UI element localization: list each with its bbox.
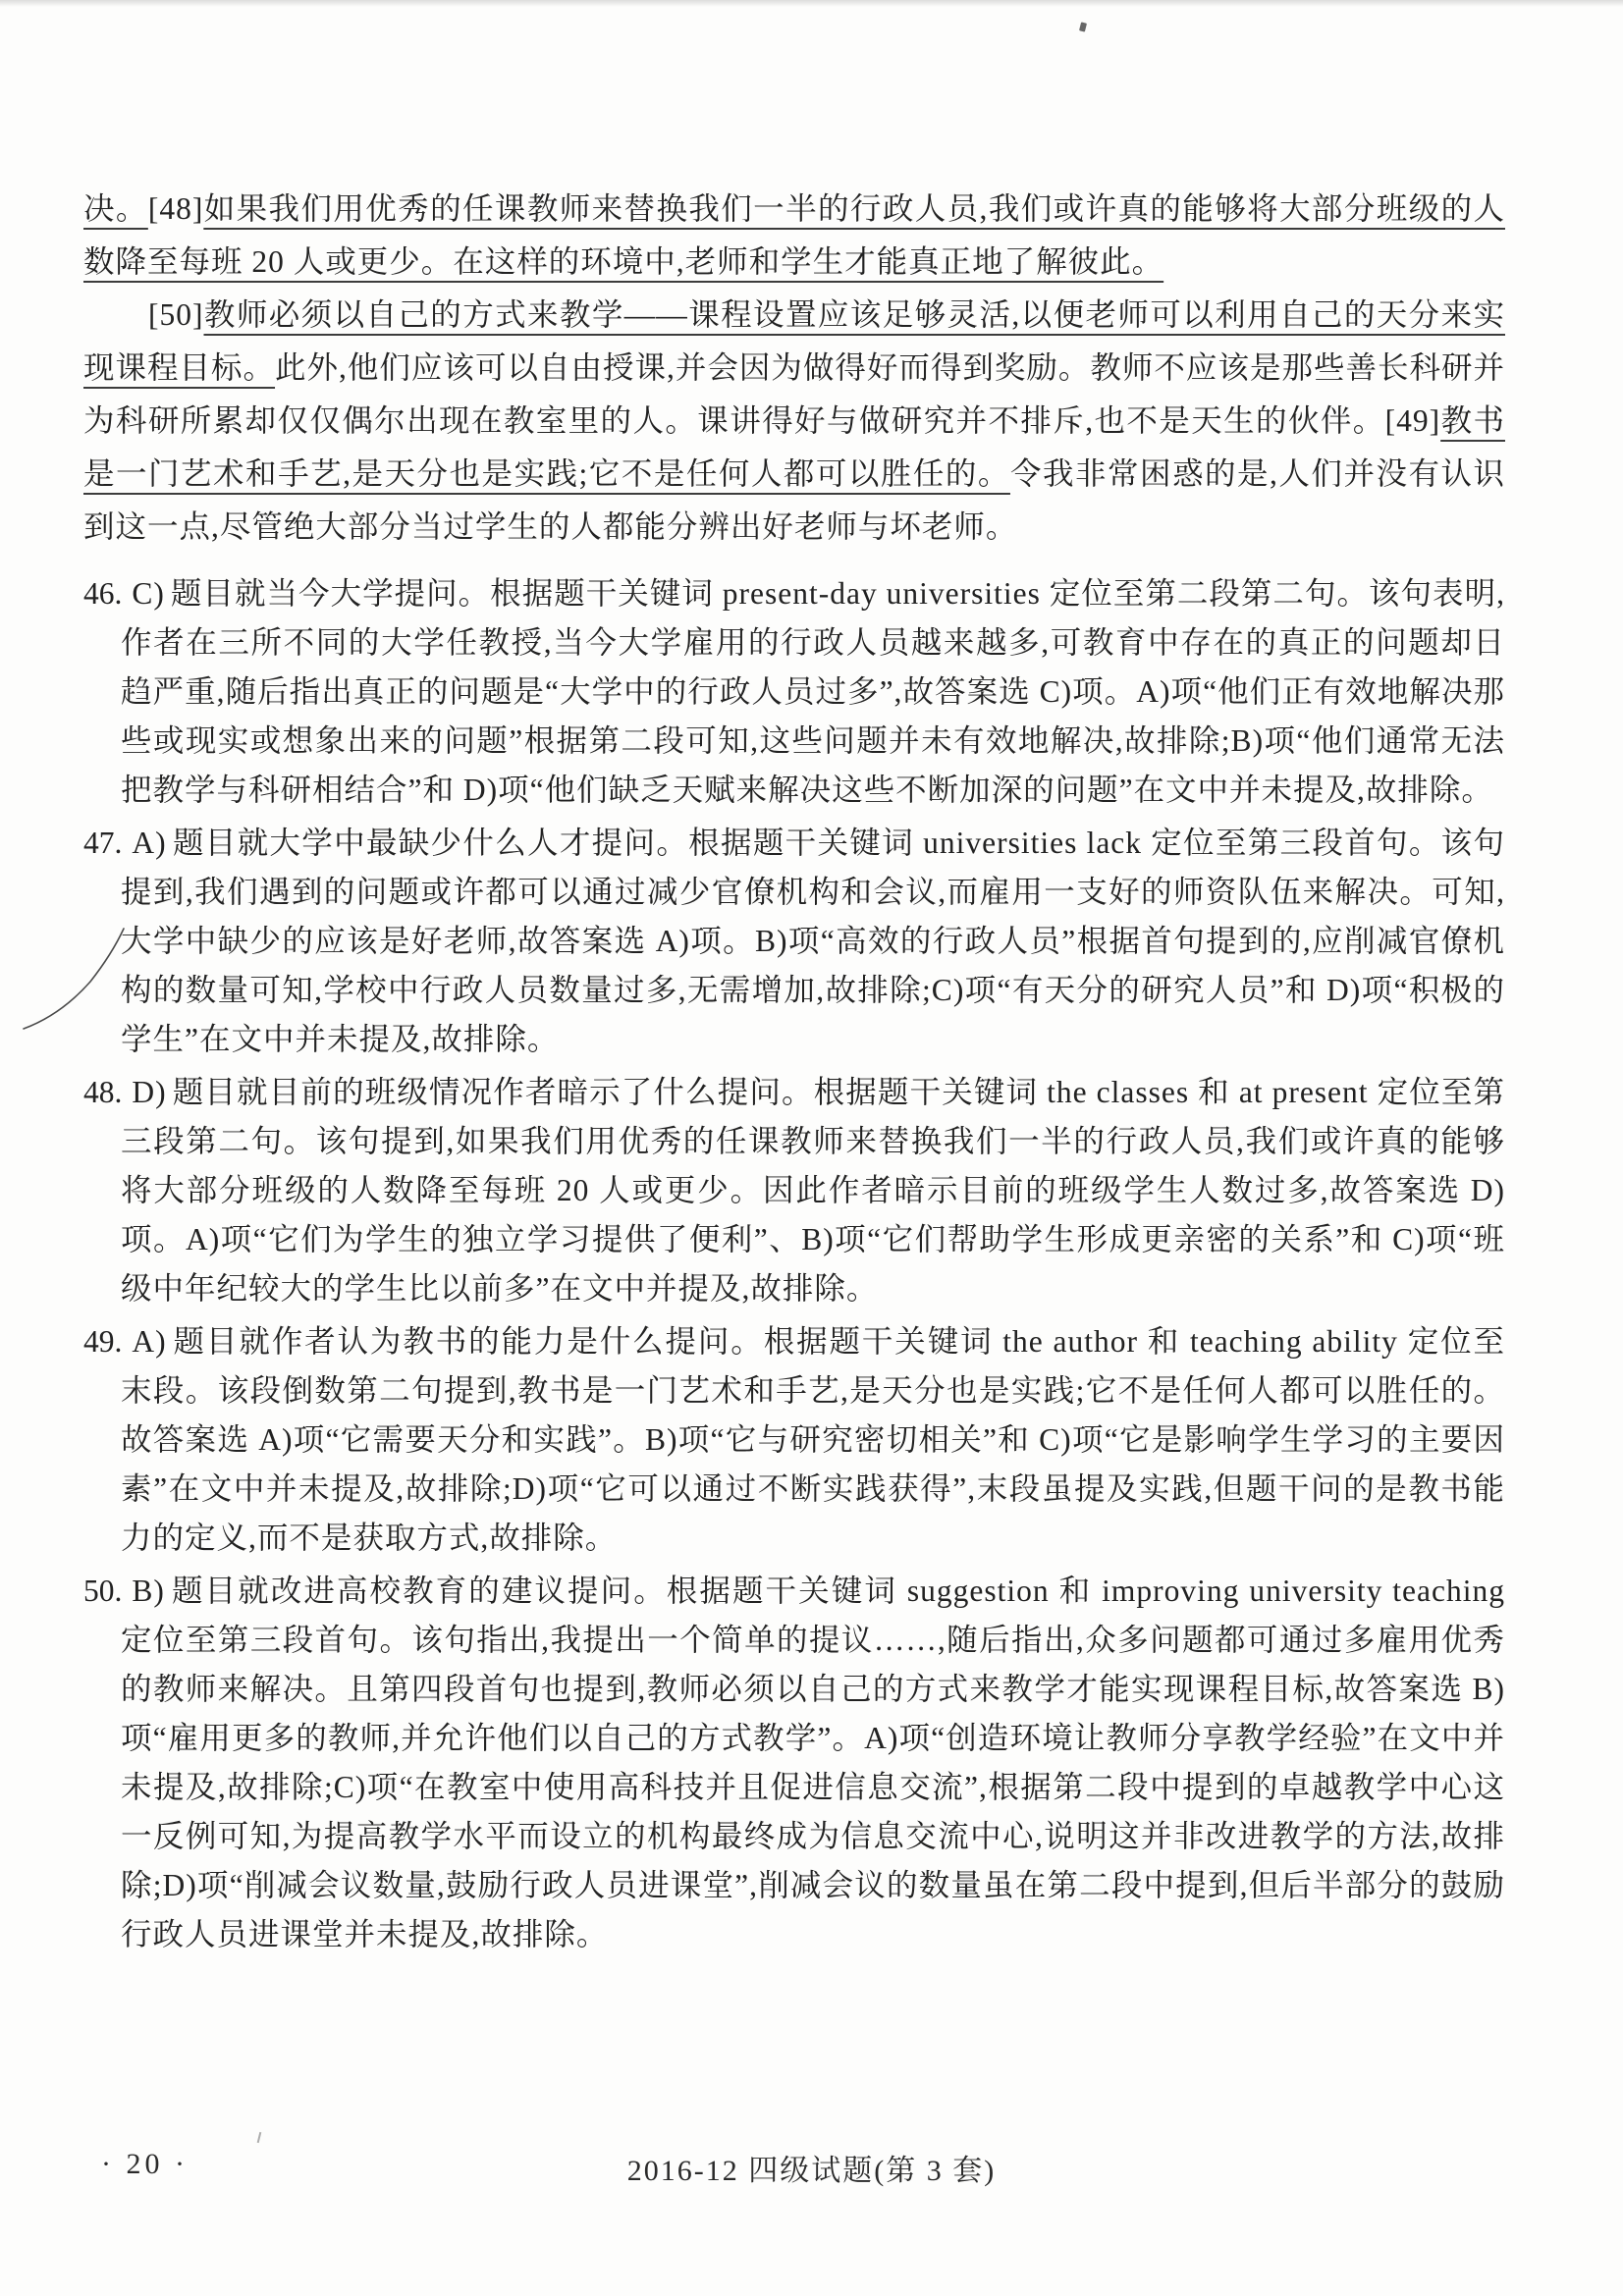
page-footer: · 20 · 2016-12 四级试题(第 3 套) bbox=[0, 2146, 1623, 2195]
scanned-exam-page: 决。[48]如果我们用优秀的任课教师来替换我们一半的行政人员,我们或许真的能够将… bbox=[0, 0, 1623, 2296]
item-answer-letter: D) bbox=[132, 1075, 166, 1109]
item-explanation: 题目就当今大学提问。根据题干关键词 present-day universiti… bbox=[121, 576, 1505, 807]
answer-explanations-list: 46.C)题目就当今大学提问。根据题干关键词 present-day unive… bbox=[83, 569, 1505, 1959]
scan-edge-artifact bbox=[0, 0, 1623, 7]
answer-item-50: 50.B)题目就改进高校教育的建议提问。根据题干关键词 suggestion 和… bbox=[83, 1567, 1505, 1959]
passage-paragraph-2: [50]教师必须以自己的方式来教学——课程设置应该足够灵活,以便老师可以利用自己… bbox=[83, 289, 1505, 554]
item-answer-letter: B) bbox=[132, 1574, 165, 1608]
underlined-sentence-48: 如果我们用优秀的任课教师来替换我们一半的行政人员,我们或许真的能够将大部分班级的… bbox=[83, 191, 1505, 279]
scan-tick-artifact bbox=[257, 2132, 262, 2143]
footer-title: 2016-12 四级试题(第 3 套) bbox=[0, 2146, 1623, 2189]
item-answer-letter: A) bbox=[132, 1324, 166, 1359]
item-number: 50. bbox=[83, 1574, 122, 1608]
item-number: 49. bbox=[83, 1324, 122, 1359]
scan-speck-artifact bbox=[1079, 22, 1087, 31]
item-answer-letter: C) bbox=[132, 576, 165, 611]
passage-segment: 此外,他们应该可以自由授课,并会因为做得好而得到奖励。教师不应该是那些善长科研并… bbox=[83, 350, 1505, 438]
item-number: 48. bbox=[83, 1075, 122, 1109]
item-explanation: 题目就大学中最缺少什么人才提问。根据题干关键词 universities lac… bbox=[121, 826, 1505, 1056]
marker-48: [48] bbox=[148, 191, 203, 226]
underlined-sentence-end: 决。 bbox=[83, 191, 148, 226]
item-explanation: 题目就作者认为教书的能力是什么提问。根据题干关键词 the author 和 t… bbox=[121, 1324, 1505, 1555]
marker-50: [50] bbox=[148, 297, 203, 332]
item-answer-letter: A) bbox=[132, 826, 166, 860]
answer-item-47: 47.A)题目就大学中最缺少什么人才提问。根据题干关键词 universitie… bbox=[83, 819, 1505, 1064]
answer-item-48: 48.D)题目就目前的班级情况作者暗示了什么提问。根据题干关键词 the cla… bbox=[83, 1068, 1505, 1313]
marker-49: [49] bbox=[1385, 403, 1440, 438]
item-number: 47. bbox=[83, 826, 122, 860]
item-number: 46. bbox=[83, 576, 122, 611]
answer-item-46: 46.C)题目就当今大学提问。根据题干关键词 present-day unive… bbox=[83, 569, 1505, 815]
answer-item-49: 49.A)题目就作者认为教书的能力是什么提问。根据题干关键词 the autho… bbox=[83, 1317, 1505, 1563]
passage-paragraph-1: 决。[48]如果我们用优秀的任课教师来替换我们一半的行政人员,我们或许真的能够将… bbox=[83, 183, 1505, 289]
item-explanation: 题目就改进高校教育的建议提问。根据题干关键词 suggestion 和 impr… bbox=[121, 1574, 1505, 1951]
item-explanation: 题目就目前的班级情况作者暗示了什么提问。根据题干关键词 the classes … bbox=[121, 1075, 1505, 1306]
page-content: 决。[48]如果我们用优秀的任课教师来替换我们一半的行政人员,我们或许真的能够将… bbox=[83, 183, 1505, 1963]
passage-translation: 决。[48]如果我们用优秀的任课教师来替换我们一半的行政人员,我们或许真的能够将… bbox=[83, 183, 1505, 554]
